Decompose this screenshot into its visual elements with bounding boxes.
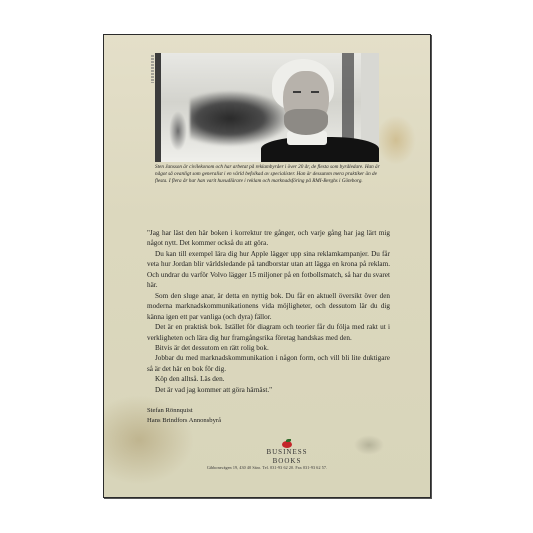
endorsement-quote: "Jag har läst den här boken i korrektur … [147,228,390,395]
water-stain [354,435,384,455]
eye [311,91,319,93]
quote-paragraph: Jobbar du med marknadskommunikation i nå… [147,353,390,374]
quote-signature: Stefan Rönnquist Hans Brindfors Annonsby… [147,406,347,426]
quote-paragraph: Det är en praktisk bok. Istället för dia… [147,322,390,343]
signature-company: Hans Brindfors Annonsbyrå [147,416,347,426]
publisher-address: Gibbonsvägen 19, 430 40 Säro. Tel. 031-9… [104,465,430,470]
apple-icon [282,439,292,448]
publisher-name-line2: BOOKS [252,458,322,466]
author-photo [155,53,379,162]
quote-paragraph: Du kan till exempel lära dig hur Apple l… [147,249,390,291]
quote-paragraph: Bitvis är det dessutom en rätt rolig bok… [147,343,390,353]
publisher-logo: BUSINESS BOOKS [252,439,322,465]
author-portrait [261,59,379,162]
author-bio-caption: Sten Jansson är civilekonom och har arbe… [155,164,381,185]
water-stain [376,115,416,165]
quote-paragraph: Köp den alltså. Läs den. [147,374,390,384]
painting-figure [169,111,187,151]
photo-credit [151,55,154,83]
publisher-name-line1: BUSINESS [252,449,322,457]
quote-paragraph: Som den sluge anar, är detta en nyttig b… [147,291,390,322]
eye [293,91,301,93]
quote-paragraph: Det är vad jag kommer att göra härnäst." [147,385,390,395]
book-back-cover: Sten Jansson är civilekonom och har arbe… [103,34,431,498]
signature-name: Stefan Rönnquist [147,406,347,416]
quote-paragraph: "Jag har läst den här boken i korrektur … [147,228,390,249]
beard [284,109,328,135]
